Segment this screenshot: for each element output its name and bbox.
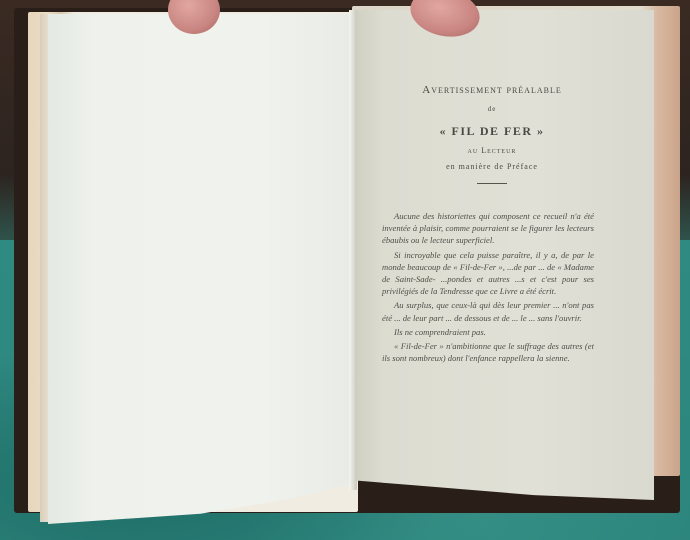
heading-title: Avertissement préalable <box>382 84 602 97</box>
book-gutter <box>349 10 357 490</box>
left-page-blank <box>48 14 353 524</box>
heading-de: de <box>382 105 602 113</box>
paragraph: Si incroyable que cela puisse paraître, … <box>382 249 594 298</box>
paragraph: Au surplus, que ceux-là qui dès leur pre… <box>382 299 594 323</box>
heading-preface: en manière de Préface <box>382 162 602 172</box>
page-heading: Avertissement préalable de « FIL DE FER … <box>382 80 602 184</box>
heading-fil-de-fer: « FIL DE FER » <box>382 124 602 138</box>
paragraph: Aucune des historiettes qui composent ce… <box>382 210 594 247</box>
heading-lecteur: au Lecteur <box>382 146 602 156</box>
paragraph: Ils ne comprendraient pas. <box>382 326 594 338</box>
heading-rule <box>477 183 507 184</box>
paragraph: « Fil-de-Fer » n'ambitionne que le suffr… <box>382 340 594 364</box>
page-body: Aucune des historiettes qui composent ce… <box>382 210 594 366</box>
